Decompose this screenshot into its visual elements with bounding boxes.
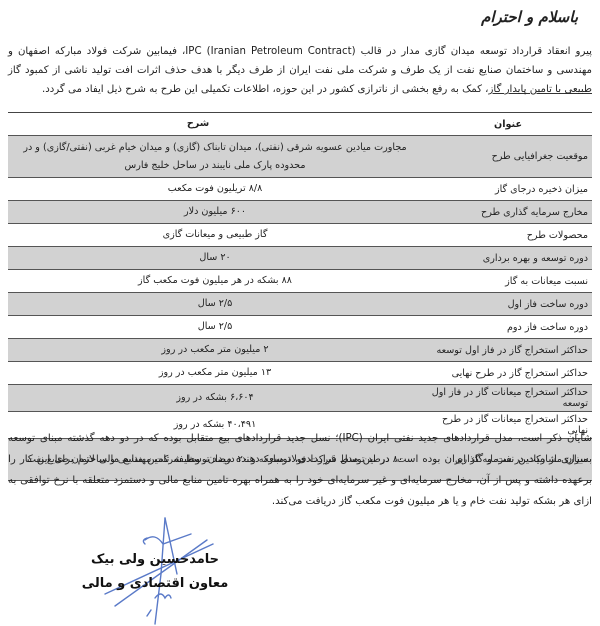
- table-row: حداکثر استخراج گاز در طرح نهایی ۱۳ میلیو…: [8, 362, 592, 385]
- table-row: حداکثر استخراج گاز در فاز اول توسعه ۲ می…: [8, 339, 592, 362]
- table-row: مخارج سرمایه گذاری طرح ۶۰۰ میلیون دلار: [8, 201, 592, 224]
- row-description: مجاورت میادین عسویه شرقی (نفتی)، میدان ت…: [8, 137, 422, 177]
- row-description: ۸۸ بشکه در هر میلیون فوت مکعب گاز: [8, 270, 422, 292]
- row-title: نسبت میعانات به گاز: [422, 274, 592, 289]
- table-row: دوره ساخت فاز اول ۲/۵ سال: [8, 293, 592, 316]
- row-description: ۲ میلیون متر مکعب در روز: [8, 339, 422, 361]
- row-description: ۸/۸ تریلیون فوت مکعب: [8, 178, 422, 200]
- intro-text-rest: ، کمک به رفع بخشی از ناترازی کشور در این…: [42, 84, 489, 95]
- row-title: دوره ساخت فاز اول: [422, 297, 592, 312]
- row-description: گاز طبیعی و میعانات گازی: [8, 224, 422, 246]
- table-row: میزان ذخیره درجای گاز ۸/۸ تریلیون فوت مک…: [8, 178, 592, 201]
- table-row: حداکثر استخراج میعانات گاز در فاز اول تو…: [8, 385, 592, 412]
- header-title: عنوان: [422, 117, 592, 132]
- row-title: حداکثر استخراج گاز در فاز اول توسعه: [422, 343, 592, 358]
- row-title: مخارج سرمایه گذاری طرح: [422, 205, 592, 220]
- row-description: ۲/۵ سال: [8, 293, 422, 315]
- greeting: باسلام و احترام: [481, 8, 578, 26]
- row-title: محصولات طرح: [422, 228, 592, 243]
- row-description: ۲۰ سال: [8, 247, 422, 269]
- signatory-name: حامدحسین ولی بیک: [80, 548, 230, 572]
- row-title: حداکثر استخراج گاز در طرح نهایی: [422, 366, 592, 381]
- table-header-row: عنوان شرح: [8, 113, 592, 136]
- row-description: ۶،۶۰۴ بشکه در روز: [8, 387, 422, 409]
- table-row: موقعیت جغرافیایی طرح مجاورت میادین عسویه…: [8, 136, 592, 178]
- closing-paragraph: شایان ذکر است، مدل قراردادهای جدید نفتی …: [8, 428, 592, 512]
- intro-paragraph: پیرو انعقاد قرارداد توسعه میدان گازی مدا…: [8, 42, 592, 99]
- row-title: دوره توسعه و بهره برداری: [422, 251, 592, 266]
- row-title: موقعیت جغرافیایی طرح: [422, 149, 592, 164]
- intro-text: پیرو انعقاد قرارداد توسعه میدان گازی مدا…: [8, 46, 592, 76]
- table-row: محصولات طرح گاز طبیعی و میعانات گازی: [8, 224, 592, 247]
- table-row: دوره ساخت فاز دوم ۲/۵ سال: [8, 316, 592, 339]
- row-title: میزان ذخیره درجای گاز: [422, 182, 592, 197]
- row-description: ۲/۵ سال: [8, 316, 422, 338]
- project-info-table: عنوان شرح موقعیت جغرافیایی طرح مجاورت می…: [8, 112, 592, 481]
- row-title: حداکثر استخراج میعانات گاز در فاز اول تو…: [422, 385, 592, 411]
- row-description: ۱۳ میلیون متر مکعب در روز: [8, 362, 422, 384]
- signature-block: حامدحسین ولی بیک معاون اقتصادی و مالی: [80, 548, 230, 596]
- intro-underlined-text: طبیعی با تامین پایدار گاز: [488, 84, 592, 95]
- table-row: نسبت میعانات به گاز ۸۸ بشکه در هر میلیون…: [8, 270, 592, 293]
- row-title: دوره ساخت فاز دوم: [422, 320, 592, 335]
- row-description: ۶۰۰ میلیون دلار: [8, 201, 422, 223]
- signatory-position: معاون اقتصادی و مالی: [80, 572, 230, 596]
- table-row: دوره توسعه و بهره برداری ۲۰ سال: [8, 247, 592, 270]
- header-description: شرح: [8, 113, 422, 135]
